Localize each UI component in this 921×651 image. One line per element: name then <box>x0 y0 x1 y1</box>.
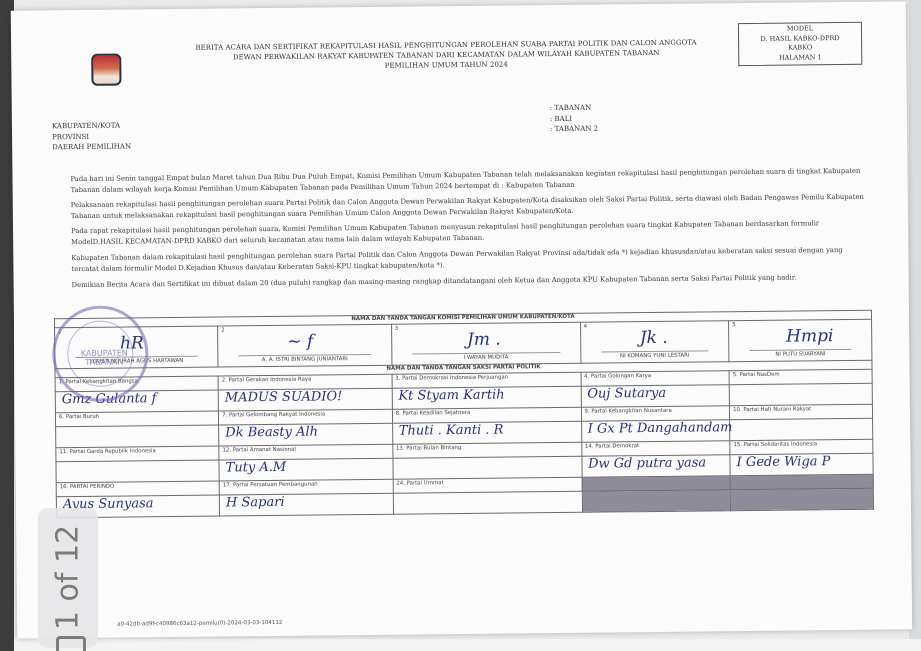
info-labels: KABUPATEN/KOTA PROVINSI DAERAH PEMILIHAN <box>52 120 131 152</box>
document-title: BERITA ACARA DAN SERTIFIKAT REKAPITULASI… <box>161 37 731 73</box>
party-signature-cell: Dk Beasty Alh <box>219 423 393 446</box>
kpu-member-name: NI PUTU SUARYANI <box>749 349 851 358</box>
signature-table: NAMA DAN TANDA TANGAN KOMISI PEMILIHAN U… <box>54 310 874 519</box>
kpu-member-name: NI KOMANG YUNI LESTARI <box>601 350 709 359</box>
kpu-member-name: A. A. ISTRI BINTANG JUNIANTARI <box>238 354 371 363</box>
kpu-member-cell: 4Jk .NI KOMANG YUNI LESTARI <box>580 321 729 364</box>
party-witness-signature: I Gede Wiga P <box>737 454 831 470</box>
party-signature-cell <box>393 456 582 479</box>
party-label-cell: 15. Partai Solidaritas Indonesia <box>730 439 873 454</box>
viewer-bottom-edge <box>14 639 921 651</box>
party-signature-cell: Ouj Sutarya <box>581 385 730 408</box>
party-label-cell: 14. Partai Demokrat <box>581 441 730 457</box>
stamp-line-2: TABANAN <box>69 357 139 367</box>
page-indicator-label: 1 of 12 <box>51 516 86 640</box>
party-label-cell: 9. Partai Kebangkitan Nusantara <box>581 406 730 422</box>
paragraph-1: Pada hari ini Senin tanggal Empat bulan … <box>70 166 870 196</box>
paragraph-5: Demikian Berita Acara dan Sertifikat ini… <box>72 272 872 291</box>
paragraph-4: Kabupaten Tabanan dalam rekapitulasi has… <box>71 245 871 275</box>
kpu-member-cell: 2~ fA. A. ISTRI BINTANG JUNIANTARI <box>218 324 392 367</box>
page-indicator[interactable]: 1 of 12 <box>38 508 98 648</box>
party-signature-cell: Dw Gd putra yasa <box>581 455 730 478</box>
kpu-member-signature: Jk . <box>640 328 668 348</box>
party-signature-cell: Thuti . Kanti . R <box>392 421 581 444</box>
value-provinsi: : BALI <box>550 113 598 124</box>
value-dapil: : TABANAN 2 <box>550 124 598 135</box>
value-kabupaten: : TABANAN <box>550 103 598 114</box>
kpu-logo-icon <box>91 54 121 86</box>
empty-grey-cell <box>582 490 731 513</box>
model-box: MODEL D. HASIL KABKO-DPRD KABKO HALAMAN … <box>738 22 862 66</box>
party-witness-signature: Kt Styam Kartih <box>398 388 504 404</box>
label-dapil: DAERAH PEMILIHAN <box>52 141 131 152</box>
kpu-member-cell: 3Jm .I WAYAN MUDITA <box>391 322 580 365</box>
label-kabupaten: KABUPATEN/KOTA <box>52 120 131 131</box>
document-footer-id: a0-42db-ad9f-c40986c63a12-pemilu(0)-2024… <box>117 620 282 628</box>
party-signature-cell: I Gx Pt Dangahandam <box>581 420 730 443</box>
empty-grey-cell <box>582 476 731 492</box>
party-signature-cell: Kt Styam Kartih <box>392 386 581 409</box>
party-signature-cell <box>56 425 219 448</box>
paragraph-2: Pelaksanaan rekapitulasi hasil penghitun… <box>71 192 871 222</box>
party-signature-cell <box>730 418 873 440</box>
party-witness-signature: Dk Beasty Alh <box>225 425 318 441</box>
party-witness-signature: Thuti . Kanti . R <box>399 423 504 439</box>
empty-grey-cell <box>730 488 873 510</box>
kpu-member-signature: Hmpi <box>786 326 833 346</box>
party-label-cell: 4. Partai Golongan Karya <box>581 371 730 387</box>
party-signature-cell: I Gede Wiga P <box>730 453 873 475</box>
party-signature-cell: MADUS SUADIO! <box>218 388 392 411</box>
paragraph-3: Pada rapat rekapitulasi hasil penghitung… <box>71 218 871 248</box>
party-witness-signature: Ouj Sutarya <box>587 386 666 402</box>
page-icon <box>56 636 86 651</box>
party-signature-cell: H Sapari <box>219 493 393 516</box>
party-signature-cell <box>56 460 219 483</box>
party-signature-cell: Tuty A.M <box>219 458 393 481</box>
model-page: HALAMAN 1 <box>739 52 861 63</box>
empty-grey-cell <box>730 474 873 489</box>
party-label-cell: 5. Partai NasDem <box>729 369 872 384</box>
kpu-member-name: I WAYAN MUDITA <box>412 352 560 362</box>
party-witness-signature: MADUS SUADIO! <box>225 389 343 405</box>
official-stamp: KABUPATEN TABANAN <box>52 305 149 402</box>
kpu-member-cell: 5HmpiNI PUTU SUARYANI <box>729 319 872 361</box>
party-signature-cell <box>729 383 872 405</box>
kpu-member-signature: Jm . <box>467 330 501 350</box>
document-page: BERITA ACARA DAN SERTIFIKAT REKAPITULASI… <box>11 1 913 638</box>
kpu-member-signature: ~ f <box>287 332 313 352</box>
party-label-cell: 10. Partai Hati Nurani Rakyat <box>730 404 873 419</box>
info-values: : TABANAN : BALI : TABANAN 2 <box>550 103 598 135</box>
party-witness-signature: I Gx Pt Dangahandam <box>588 420 733 437</box>
party-witness-signature: Tuty A.M <box>226 460 287 476</box>
party-signature-cell <box>393 491 582 514</box>
party-witness-signature: H Sapari <box>226 495 285 511</box>
party-witness-signature: Dw Gd putra yasa <box>588 455 706 471</box>
